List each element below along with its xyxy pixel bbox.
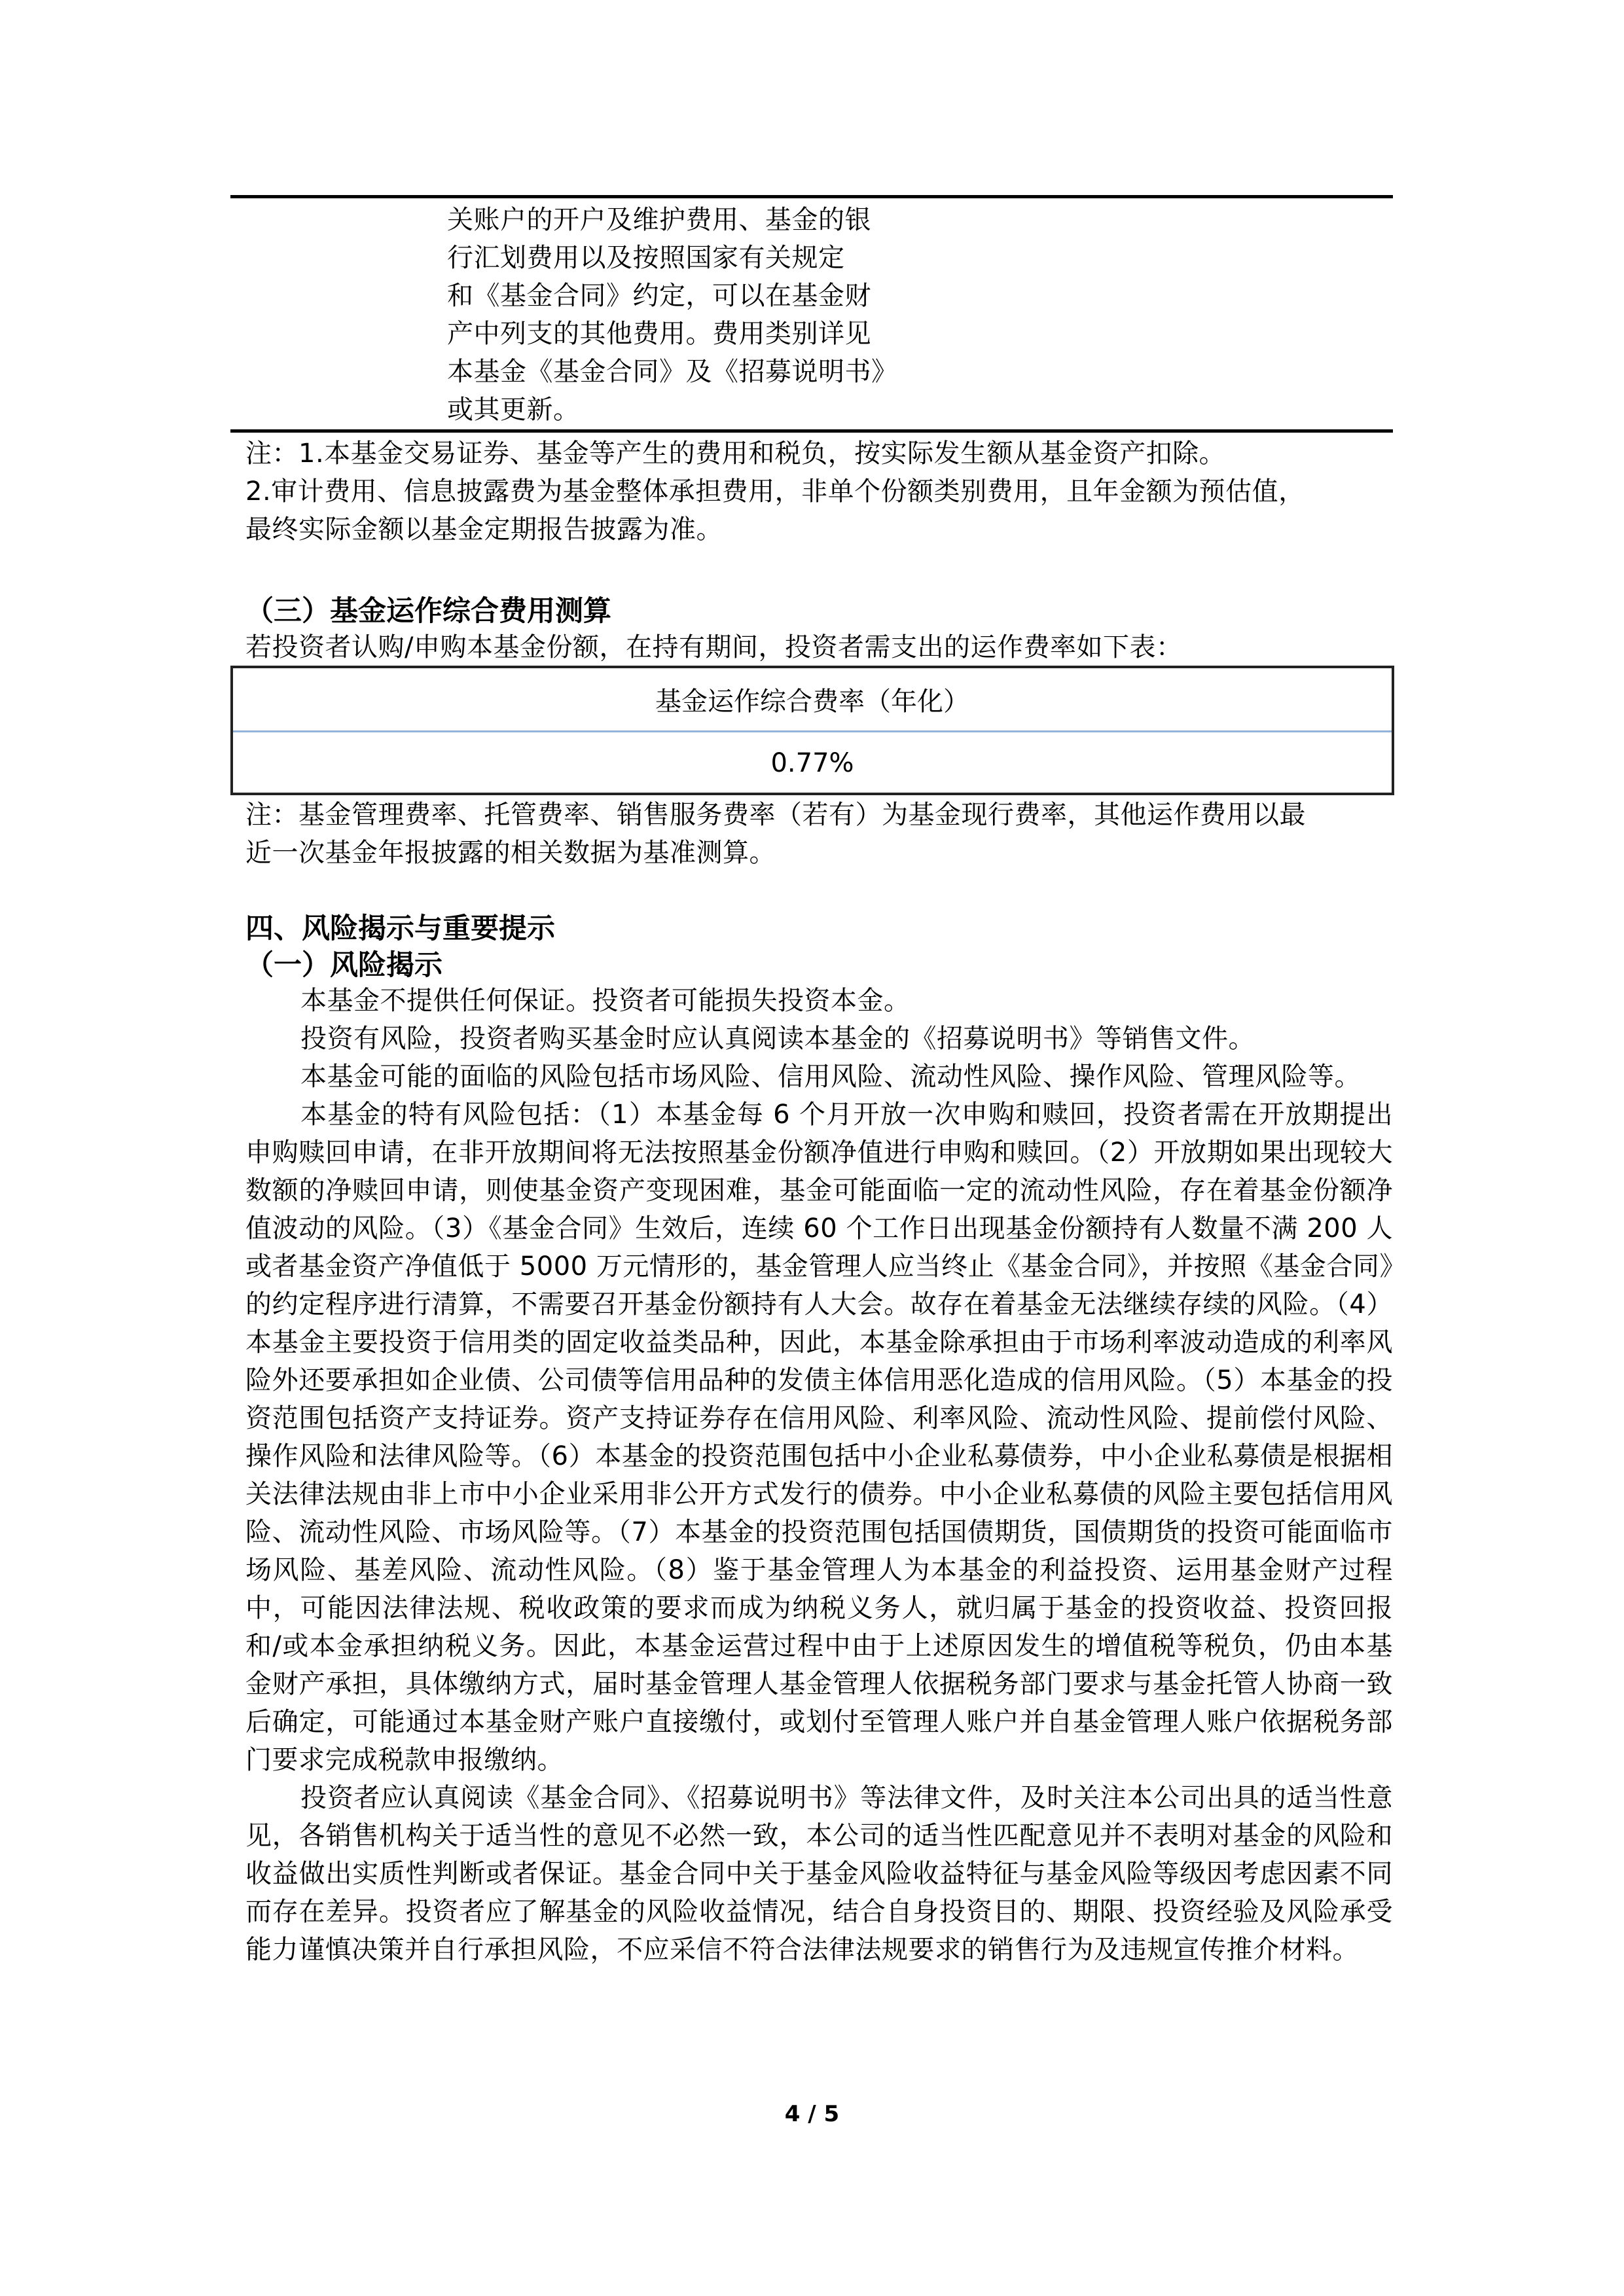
document-page: 关账户的开户及维护费用、基金的银 行汇划费用以及按照国家有关规定 和《基金合同》… — [0, 0, 1624, 2296]
risk-disclosure-body: 本基金不提供任何保证。投资者可能损失投资本金。 投资有风险，投资者购买基金时应认… — [245, 982, 1393, 1969]
risk-paragraph: 本基金可能的面临的风险包括市场风险、信用风险、流动性风险、操作风险、管理风险等。 — [245, 1058, 1393, 1096]
rate-table-value: 0.77% — [233, 732, 1392, 794]
fee-cell-line: 行汇划费用以及按照国家有关规定 — [447, 239, 918, 277]
rate-table-header-text: 基金运作综合费率（年化） — [655, 681, 969, 718]
fee-cell-line: 本基金《基金合同》及《招募说明书》 — [447, 353, 918, 391]
risk-paragraph: 投资者应认真阅读《基金合同》、《招募说明书》等法律文件，及时关注本公司出具的适当… — [245, 1779, 1393, 1969]
fee-note-line: 注：1.本基金交易证券、基金等产生的费用和税负，按实际发生额从基金资产扣除。 — [245, 435, 1393, 473]
fee-notes: 注：1.本基金交易证券、基金等产生的费用和税负，按实际发生额从基金资产扣除。 2… — [245, 435, 1393, 548]
section-4-heading: 四、风险揭示与重要提示 — [245, 910, 555, 948]
section-3-note-line: 注：基金管理费率、托管费率、销售服务费率（若有）为基金现行费率，其他运作费用以最 — [245, 796, 1393, 834]
operating-fee-rate-table: 基金运作综合费率（年化） 0.77% — [230, 666, 1394, 795]
fee-cell-line: 或其更新。 — [447, 391, 918, 429]
section-3-note-line: 近一次基金年报披露的相关数据为基准测算。 — [245, 834, 1393, 872]
page-number: 4 / 5 — [0, 2101, 1624, 2127]
rate-table-header: 基金运作综合费率（年化） — [233, 668, 1392, 730]
section-3-note: 注：基金管理费率、托管费率、销售服务费率（若有）为基金现行费率，其他运作费用以最… — [245, 796, 1393, 872]
fee-cell-line: 关账户的开户及维护费用、基金的银 — [447, 201, 918, 239]
fee-note-line: 最终实际金额以基金定期报告披露为准。 — [245, 511, 1393, 548]
fee-cell-line: 产中列支的其他费用。费用类别详见 — [447, 315, 918, 353]
section-3-intro-text: 若投资者认购/申购本基金份额，在持有期间，投资者需支出的运作费率如下表： — [245, 628, 1393, 666]
fee-note-line: 2.审计费用、信息披露费为基金整体承担费用，非单个份额类别费用，且年金额为预估值… — [245, 473, 1393, 511]
fee-table-cell-description: 关账户的开户及维护费用、基金的银 行汇划费用以及按照国家有关规定 和《基金合同》… — [447, 201, 918, 429]
section-3-intro: 若投资者认购/申购本基金份额，在持有期间，投资者需支出的运作费率如下表： — [245, 628, 1393, 666]
section-3-heading: （三）基金运作综合费用测算 — [245, 592, 611, 630]
section-4-subheading: （一）风险揭示 — [245, 946, 442, 984]
rate-table-value-text: 0.77% — [770, 748, 854, 778]
table-top-rule — [230, 195, 1393, 198]
fee-cell-line: 和《基金合同》约定，可以在基金财 — [447, 277, 918, 315]
risk-paragraph: 投资有风险，投资者购买基金时应认真阅读本基金的《招募说明书》等销售文件。 — [245, 1020, 1393, 1058]
table-bottom-rule — [230, 429, 1393, 433]
risk-paragraph: 本基金不提供任何保证。投资者可能损失投资本金。 — [245, 982, 1393, 1020]
risk-paragraph: 本基金的特有风险包括：（1）本基金每 6 个月开放一次申购和赎回，投资者需在开放… — [245, 1096, 1393, 1779]
